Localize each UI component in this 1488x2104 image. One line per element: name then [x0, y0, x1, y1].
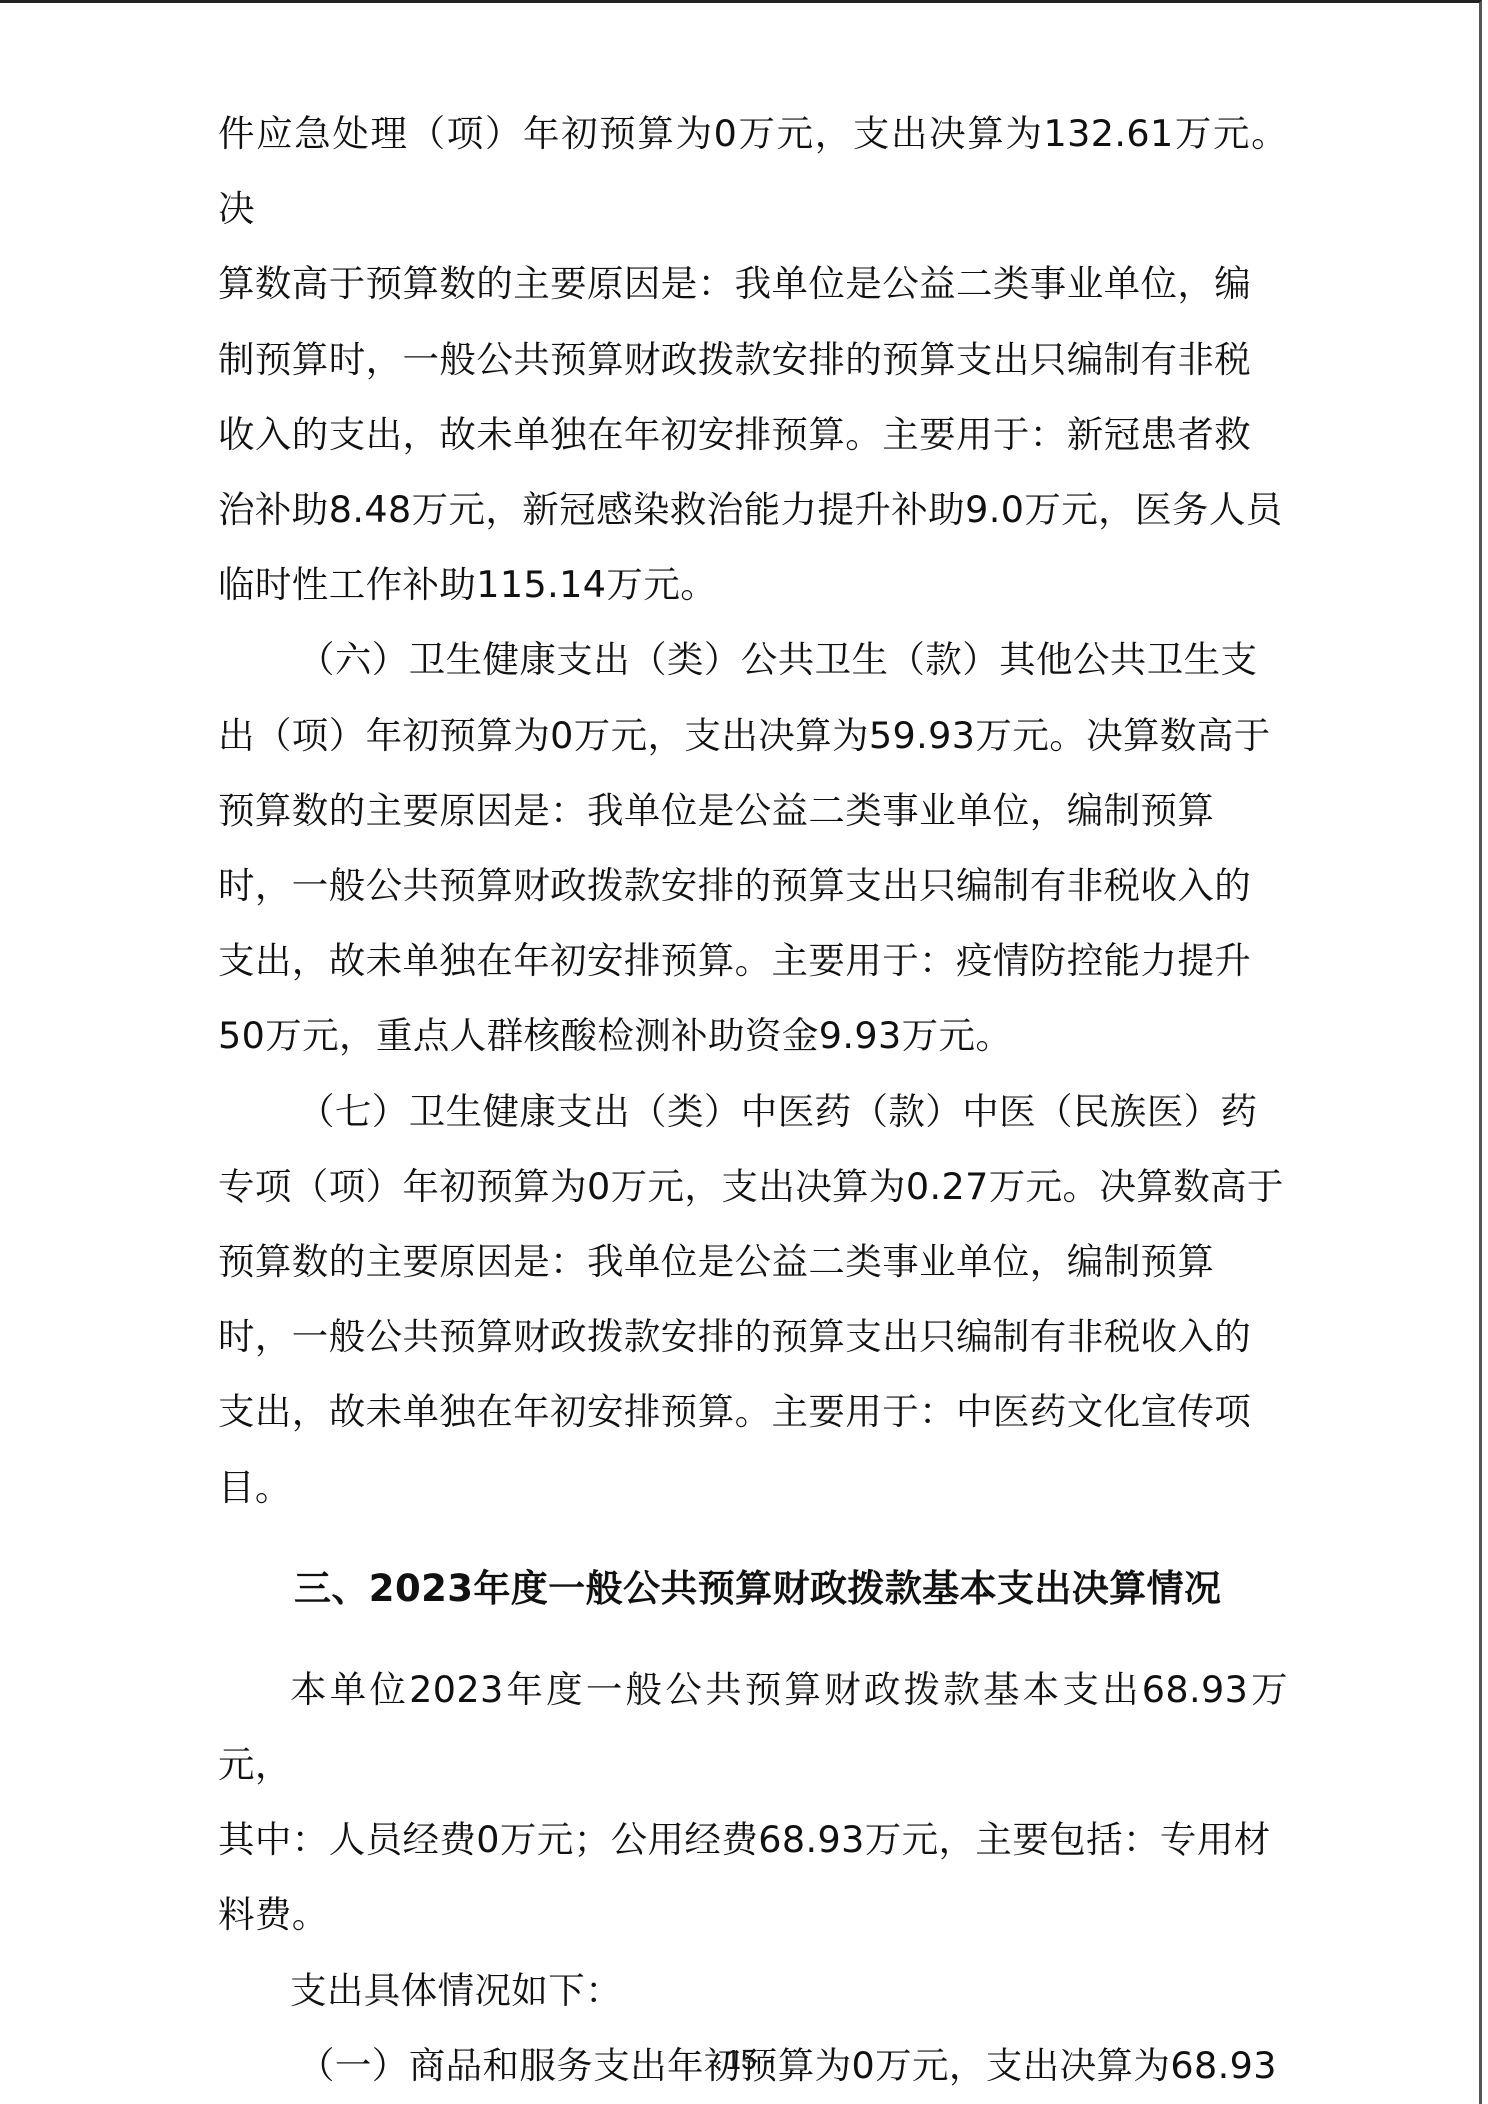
text-line: 件应急处理（项）年初预算为0万元，支出决算为132.61万元。决 [218, 96, 1288, 246]
section-spacer [218, 1626, 1288, 1652]
text-line: 时，一般公共预算财政拨款安排的预算支出只编制有非税收入的 [218, 1299, 1288, 1374]
text-line: 治补助8.48万元，新冠感染救治能力提升补助9.0万元，医务人员 [218, 472, 1288, 547]
paragraph-item-6-public-health: （六）卫生健康支出（类）公共卫生（款）其他公共卫生支 出（项）年初预算为0万元，… [218, 622, 1288, 1073]
paragraph-emergency-handling: 件应急处理（项）年初预算为0万元，支出决算为132.61万元。决 算数高于预算数… [218, 96, 1288, 622]
document-body: 件应急处理（项）年初预算为0万元，支出决算为132.61万元。决 算数高于预算数… [218, 96, 1288, 2103]
text-line: （七）卫生健康支出（类）中医药（款）中医（民族医）药 [218, 1074, 1288, 1149]
text-line: 其中：人员经费0万元；公用经费68.93万元，主要包括：专用材 [218, 1802, 1288, 1877]
text-line: 50万元，重点人群核酸检测补助资金9.93万元。 [218, 998, 1288, 1073]
text-line: 料费。 [218, 1877, 1288, 1952]
text-line: 收入的支出，故未单独在年初安排预算。主要用于：新冠患者救 [218, 397, 1288, 472]
text-line: 出（项）年初预算为0万元，支出决算为59.93万元。决算数高于 [218, 698, 1288, 773]
section-heading-3: 三、2023年度一般公共预算财政拨款基本支出决算情况 [218, 1551, 1288, 1626]
text-line: 支出，故未单独在年初安排预算。主要用于：疫情防控能力提升 [218, 923, 1288, 998]
text-line: 预算数的主要原因是：我单位是公益二类事业单位，编制预算 [218, 1224, 1288, 1299]
section-spacer [218, 1525, 1288, 1551]
text-line: （六）卫生健康支出（类）公共卫生（款）其他公共卫生支 [218, 622, 1288, 697]
text-line: 临时性工作补助115.14万元。 [218, 547, 1288, 622]
text-line: 预算数的主要原因是：我单位是公益二类事业单位，编制预算 [218, 773, 1288, 848]
paragraph-item-7-chinese-medicine: （七）卫生健康支出（类）中医药（款）中医（民族医）药 专项（项）年初预算为0万元… [218, 1074, 1288, 1525]
paragraph-details-intro: 支出具体情况如下： [218, 1953, 1288, 2028]
text-line: 算数高于预算数的主要原因是：我单位是公益二类事业单位，编 [218, 246, 1288, 321]
text-line: 制预算时，一般公共预算财政拨款安排的预算支出只编制有非税 [218, 322, 1288, 397]
page-number: - 15 - [0, 2044, 1482, 2076]
text-line: 时，一般公共预算财政拨款安排的预算支出只编制有非税收入的 [218, 848, 1288, 923]
text-line: 目。 [218, 1450, 1288, 1525]
text-line: 支出，故未单独在年初安排预算。主要用于：中医药文化宣传项 [218, 1374, 1288, 1449]
text-line: 专项（项）年初预算为0万元，支出决算为0.27万元。决算数高于 [218, 1149, 1288, 1224]
text-line: 本单位2023年度一般公共预算财政拨款基本支出68.93万元， [218, 1652, 1288, 1802]
paragraph-basic-expenditure: 本单位2023年度一般公共预算财政拨款基本支出68.93万元， 其中：人员经费0… [218, 1652, 1288, 1953]
